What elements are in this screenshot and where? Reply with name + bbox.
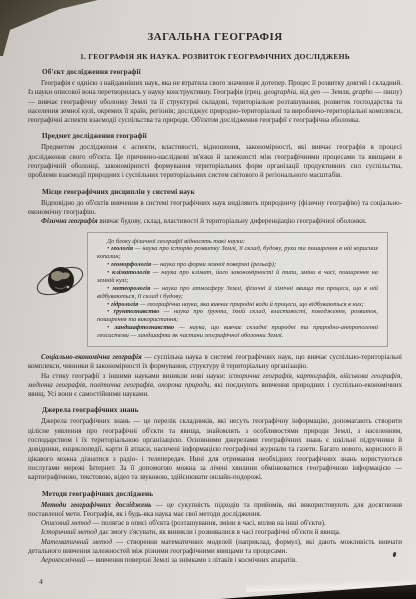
box-list-item-geomorphology: • геоморфологія — наука про форми земної… [97, 261, 378, 269]
paragraph-method-mathematical: Математичний метод — створення математич… [28, 538, 402, 557]
section-heading-sources: Джерела географічних знань [42, 406, 402, 414]
page-content: ЗАГАЛЬНА ГЕОГРАФІЯ 1. ГЕОГРАФІЯ ЯК НАУКА… [28, 31, 402, 586]
box-list-item-hydrology: • гідрологія — географічна наука, яка ви… [97, 301, 378, 309]
box-list-item-geology: • геологія — наука про історію розвитку … [97, 245, 378, 261]
paragraph-subject: Предметом дослідження є аспекти, властив… [28, 143, 402, 180]
section-heading-methods: Методи географічних досліджень [42, 490, 402, 498]
paragraph-socioeconomic-geography: Соціально-економічна географія — суспіль… [28, 353, 402, 372]
section-heading-object: Об'єкт дослідження географії [42, 68, 402, 76]
paragraph-object: Географія є однією з найдавніших наук, я… [28, 79, 402, 125]
box-list-item-climatology: • кліматологія — наука про клімат, його … [97, 269, 378, 285]
paragraph-physical-geography: Фізична географія вивчає будову, склад, … [28, 217, 402, 226]
paragraph-sources: Джерела географічних знань — це перелік … [28, 417, 402, 482]
scanned-textbook-page: ЗАГАЛЬНА ГЕОГРАФІЯ 1. ГЕОГРАФІЯ ЯК НАУКА… [0, 0, 416, 599]
paragraph-related-sciences: На стику географії з іншими науками вини… [28, 372, 402, 400]
chapter-title: 1. ГЕОГРАФІЯ ЯК НАУКА. РОЗВИТОК ГЕОГРАФІ… [28, 52, 402, 61]
box-list-item-landscape-science: • ландшафтознавство — наука, що вивчає с… [97, 324, 378, 340]
section-heading-place: Місце географічних дисциплін у системі н… [42, 188, 402, 196]
box-list-item-soil-science: • ґрунтознавство — наука про ґрунти, їхн… [97, 308, 378, 324]
paragraph-method-historical: Історичний метод дає змогу з'ясувати, як… [28, 528, 402, 537]
section-heading-subject: Предмет дослідження географії [42, 132, 402, 140]
paragraph-method-aerospace: Аерокосмічний — вивчення поверхні Землі … [28, 556, 402, 565]
page-title: ЗАГАЛЬНА ГЕОГРАФІЯ [28, 31, 402, 43]
paragraph-method-descriptive: Описовий метод — полягає в описі об'єкта… [28, 519, 402, 528]
sciences-box-wrapper: До блоку фізичної географії відносять та… [87, 232, 388, 347]
paragraph-methods-intro: Методи географічних досліджень — це суку… [28, 501, 402, 520]
globe-orbit-icon [33, 256, 87, 306]
paragraph-place: Відповідно до об'єктів вивчення в систем… [28, 199, 402, 218]
box-list-item-meteorology: • метеорологія — наука про атмосферу Зем… [97, 285, 378, 301]
box-intro: До блоку фізичної географії відносять та… [97, 238, 378, 246]
physical-geography-sciences-box: До блоку фізичної географії відносять та… [87, 232, 388, 347]
